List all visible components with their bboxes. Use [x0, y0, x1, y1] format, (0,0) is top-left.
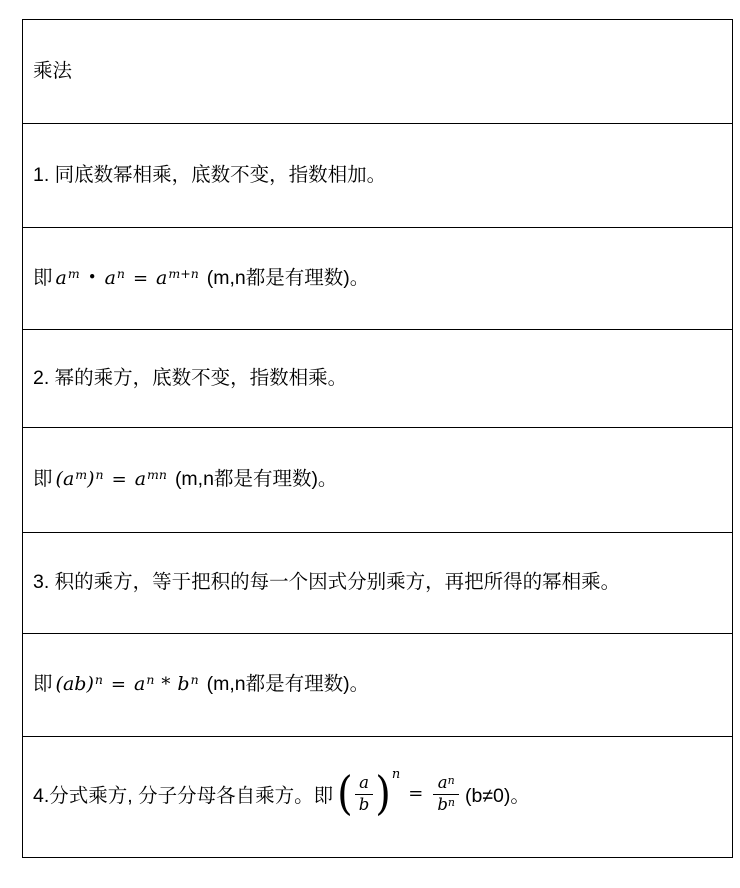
- formula-prefix: 即: [33, 673, 53, 695]
- formula-prefix: 即: [33, 468, 53, 490]
- math-term: (ab)n: [56, 673, 103, 695]
- equals-sign: =: [133, 268, 148, 289]
- asterisk-operator: *: [161, 674, 170, 695]
- exponent-n: n: [392, 767, 400, 784]
- formula-3: 即(ab)n=an*bn(m,n都是有理数)。: [33, 672, 369, 697]
- math-term: an: [105, 267, 125, 289]
- table-row-rule-1: 1. 同底数幂相乘，底数不变，指数相加。: [23, 123, 732, 227]
- formula-1: 即am•an=am+n(m,n都是有理数)。: [33, 266, 369, 291]
- formula-suffix: (m,n都是有理数)。: [207, 267, 370, 289]
- fraction-a-over-b: ab: [355, 774, 374, 815]
- table-row-formula-3: 即(ab)n=an*bn(m,n都是有理数)。: [23, 633, 732, 736]
- rule-1-text: 1. 同底数幂相乘，底数不变，指数相加。: [33, 164, 386, 186]
- table-row-rule-4: 4.分式乘方, 分子分母各自乘方。即(ab)n=anbn(b≠0)。: [23, 736, 732, 857]
- close-paren: ): [375, 771, 391, 817]
- table-row-formula-2: 即(am)n=amn(m,n都是有理数)。: [23, 427, 732, 532]
- formula-suffix: (m,n都是有理数)。: [207, 673, 370, 695]
- fraction-equation: (ab)n=anbn: [337, 767, 461, 814]
- table-row-title: 乘法: [23, 20, 732, 123]
- math-term: amn: [135, 468, 167, 490]
- rule-3-text: 3. 积的乘方，等于把积的每一个因式分别乘方，再把所得的幂相乘。: [33, 571, 620, 593]
- table-row-formula-1: 即am•an=am+n(m,n都是有理数)。: [23, 227, 732, 329]
- equals-sign: =: [111, 674, 126, 695]
- table-row-rule-3: 3. 积的乘方，等于把积的每一个因式分别乘方，再把所得的幂相乘。: [23, 532, 732, 633]
- multiply-dot-operator: •: [88, 268, 97, 286]
- equals-sign: =: [112, 469, 127, 490]
- math-term: an: [134, 673, 154, 695]
- formula-prefix: 即: [33, 267, 53, 289]
- math-term: (am)n: [56, 468, 104, 490]
- multiplication-rules-table: 乘法 1. 同底数幂相乘，底数不变，指数相加。 即am•an=am+n(m,n都…: [22, 19, 733, 858]
- table-row-rule-2: 2. 幂的乘方，底数不变，指数相乘。: [23, 329, 732, 427]
- math-term: am+n: [156, 267, 199, 289]
- formula-2: 即(am)n=amn(m,n都是有理数)。: [33, 467, 337, 492]
- formula-suffix: (b≠0)。: [465, 785, 530, 807]
- math-term: bn: [177, 673, 198, 695]
- equals-sign: =: [408, 782, 423, 805]
- formula-4: 4.分式乘方, 分子分母各自乘方。即(ab)n=anbn(b≠0)。: [33, 773, 530, 820]
- open-paren: (: [337, 771, 353, 817]
- table-title: 乘法: [33, 60, 72, 82]
- fraction-an-over-bn: anbn: [433, 774, 459, 815]
- math-term: am: [56, 267, 80, 289]
- formula-suffix: (m,n都是有理数)。: [175, 468, 338, 490]
- rule-4-text: 4.分式乘方, 分子分母各自乘方。即: [33, 785, 333, 807]
- rule-2-text: 2. 幂的乘方，底数不变，指数相乘。: [33, 367, 347, 389]
